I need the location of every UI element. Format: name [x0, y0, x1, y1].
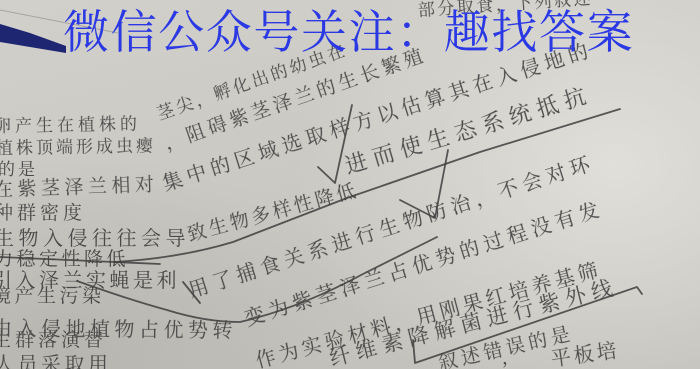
check-mark-icon	[400, 150, 448, 218]
exam-paper-photo: 部分取食，下列叙述 卵产生在植株的 茎尖，孵化出的幼虫在 植株顶端形成虫瘿 ，阻…	[0, 0, 700, 369]
check-mark-icon	[318, 105, 352, 183]
underline-bracket-bottom	[413, 287, 642, 363]
pen-edge	[0, 24, 66, 53]
watermark-text: 微信公众号关注：趣找答案	[63, 9, 634, 55]
check-mark-icon	[183, 282, 200, 303]
underline-curve-lower	[77, 237, 437, 322]
underline-biodiversity	[115, 109, 620, 262]
